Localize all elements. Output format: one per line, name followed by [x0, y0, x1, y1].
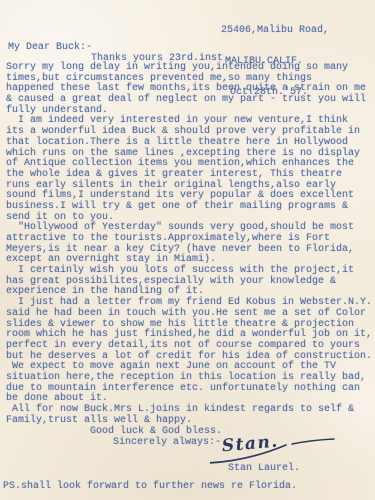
letter-body: Sorry my long delay in writing you,inten…	[6, 63, 372, 426]
valediction: Sincerely always:-	[113, 438, 221, 449]
return-address-street: 25406,Malibu Road,	[221, 26, 329, 36]
salutation: My Dear Buck:-	[8, 43, 92, 54]
signature-dash-stroke	[292, 439, 334, 444]
letter-page: 25406,Malibu Road, MALIBU.CALIF. Oct.28t…	[0, 0, 375, 500]
postscript: PS.shall look forward to further news re…	[3, 482, 297, 493]
typed-signature-name: Stan Laurel.	[228, 464, 300, 475]
signature-name: Stan.	[221, 432, 279, 457]
